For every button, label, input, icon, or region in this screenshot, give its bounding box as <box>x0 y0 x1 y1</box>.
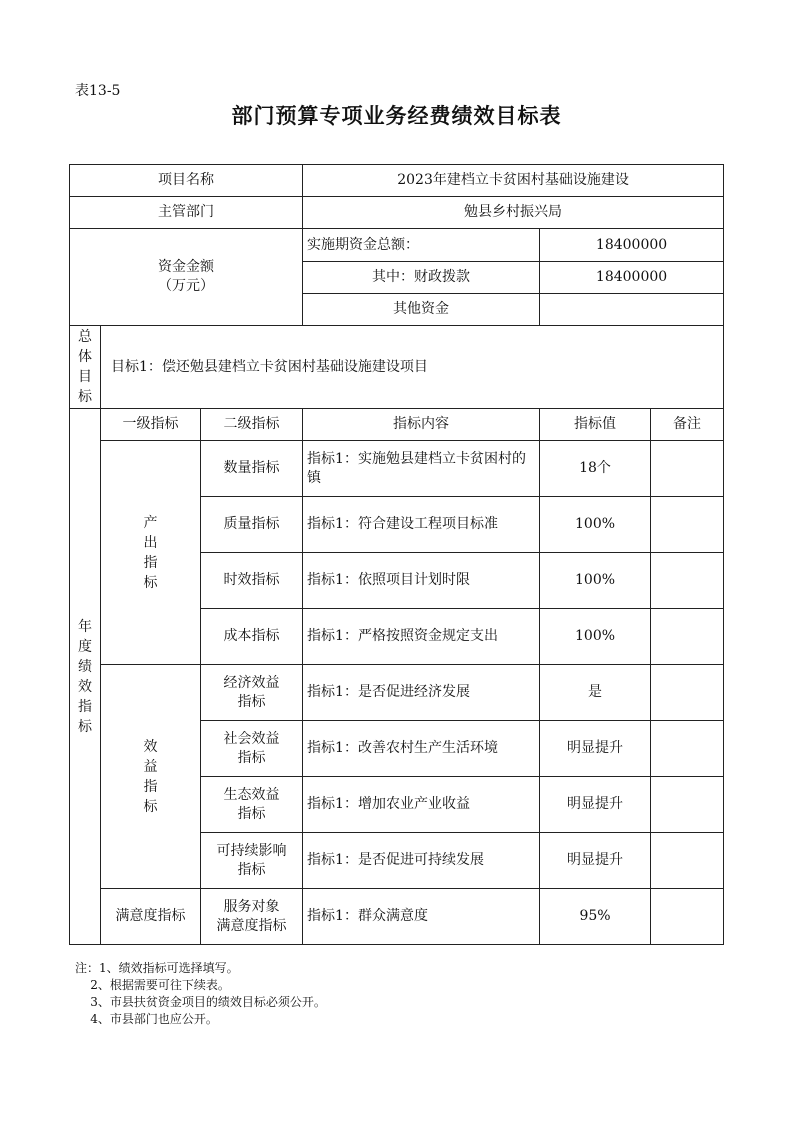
note-cell <box>651 833 724 889</box>
total-funds-label: 实施期资金总额： <box>303 229 540 262</box>
level2-cell: 质量指标 <box>201 497 303 553</box>
value-cell: 95% <box>540 889 651 945</box>
header-level2: 二级指标 <box>201 409 303 441</box>
funds-total-row: 资金金额 （万元） 实施期资金总额： 18400000 <box>70 229 724 262</box>
content-cell: 指标1：实施勉县建档立卡贫困村的镇 <box>303 441 540 497</box>
fiscal-funds-label: 其中：财政拨款 <box>303 262 540 294</box>
table-number: 表13-5 <box>75 80 120 100</box>
page-title: 部门预算专项业务经费绩效目标表 <box>0 100 793 130</box>
content-cell: 指标1：改善农村生产生活环境 <box>303 721 540 777</box>
content-cell: 指标1：严格按照资金规定支出 <box>303 609 540 665</box>
output-indicators-group: 产 出 指 标 <box>101 441 201 665</box>
content-cell: 指标1：依照项目计划时限 <box>303 553 540 609</box>
note-cell <box>651 721 724 777</box>
content-cell: 指标1：是否促进可持续发展 <box>303 833 540 889</box>
note-cell <box>651 889 724 945</box>
note-cell <box>651 609 724 665</box>
fiscal-funds-value: 18400000 <box>540 262 724 294</box>
value-cell: 100% <box>540 497 651 553</box>
header-value: 指标值 <box>540 409 651 441</box>
level2-cell: 成本指标 <box>201 609 303 665</box>
satisfaction-indicators-group: 满意度指标 <box>101 889 201 945</box>
department-row: 主管部门 勉县乡村振兴局 <box>70 197 724 229</box>
footnotes: 注：1、绩效指标可选择填写。 2、根据需要可往下续表。 3、市县扶贫资金项目的绩… <box>75 960 326 1028</box>
project-name-row: 项目名称 2023年建档立卡贫困村基础设施建设 <box>70 165 724 197</box>
department-label: 主管部门 <box>70 197 303 229</box>
department-value: 勉县乡村振兴局 <box>303 197 724 229</box>
level2-cell: 数量指标 <box>201 441 303 497</box>
project-name-value: 2023年建档立卡贫困村基础设施建设 <box>303 165 724 197</box>
content-cell: 指标1：符合建设工程项目标准 <box>303 497 540 553</box>
value-cell: 明显提升 <box>540 777 651 833</box>
level2-cell: 经济效益指标 <box>201 665 303 721</box>
other-funds-label: 其他资金 <box>303 294 540 326</box>
value-cell: 100% <box>540 553 651 609</box>
value-cell: 是 <box>540 665 651 721</box>
note-cell <box>651 497 724 553</box>
annual-indicators-label: 年 度 绩 效 指 标 <box>70 409 101 945</box>
overall-goal-text: 目标1：偿还勉县建档立卡贫困村基础设施建设项目 <box>101 326 724 409</box>
level2-cell: 时效指标 <box>201 553 303 609</box>
funds-label-line2: （万元） <box>74 277 298 296</box>
table-row: 产 出 指 标 数量指标 指标1：实施勉县建档立卡贫困村的镇 18个 <box>70 441 724 497</box>
note-cell <box>651 665 724 721</box>
overall-goal-row: 总 体 目 标 目标1：偿还勉县建档立卡贫困村基础设施建设项目 <box>70 326 724 409</box>
total-funds-value: 18400000 <box>540 229 724 262</box>
value-cell: 18个 <box>540 441 651 497</box>
note-cell <box>651 441 724 497</box>
project-name-label: 项目名称 <box>70 165 303 197</box>
value-cell: 明显提升 <box>540 721 651 777</box>
funds-label: 资金金额 （万元） <box>70 229 303 326</box>
table-row: 效 益 指 标 经济效益指标 指标1：是否促进经济发展 是 <box>70 665 724 721</box>
content-cell: 指标1：是否促进经济发展 <box>303 665 540 721</box>
footnote-1: 注：1、绩效指标可选择填写。 <box>75 960 326 977</box>
funds-label-line1: 资金金额 <box>74 258 298 277</box>
note-cell <box>651 777 724 833</box>
footnote-2: 2、根据需要可往下续表。 <box>75 977 326 994</box>
value-cell: 明显提升 <box>540 833 651 889</box>
footnote-4: 4、市县部门也应公开。 <box>75 1011 326 1028</box>
content-cell: 指标1：群众满意度 <box>303 889 540 945</box>
value-cell: 100% <box>540 609 651 665</box>
header-note: 备注 <box>651 409 724 441</box>
note-cell <box>651 553 724 609</box>
level2-cell: 生态效益指标 <box>201 777 303 833</box>
benefit-indicators-group: 效 益 指 标 <box>101 665 201 889</box>
content-cell: 指标1：增加农业产业收益 <box>303 777 540 833</box>
table-row: 满意度指标 服务对象满意度指标 指标1：群众满意度 95% <box>70 889 724 945</box>
footnote-3: 3、市县扶贫资金项目的绩效目标必须公开。 <box>75 994 326 1011</box>
level2-cell: 可持续影响指标 <box>201 833 303 889</box>
level2-cell: 社会效益指标 <box>201 721 303 777</box>
performance-goal-table: 项目名称 2023年建档立卡贫困村基础设施建设 主管部门 勉县乡村振兴局 资金金… <box>69 164 724 945</box>
header-content: 指标内容 <box>303 409 540 441</box>
overall-goal-label: 总 体 目 标 <box>70 326 101 409</box>
header-level1: 一级指标 <box>101 409 201 441</box>
other-funds-value <box>540 294 724 326</box>
indicator-header-row: 年 度 绩 效 指 标 一级指标 二级指标 指标内容 指标值 备注 <box>70 409 724 441</box>
level2-cell: 服务对象满意度指标 <box>201 889 303 945</box>
